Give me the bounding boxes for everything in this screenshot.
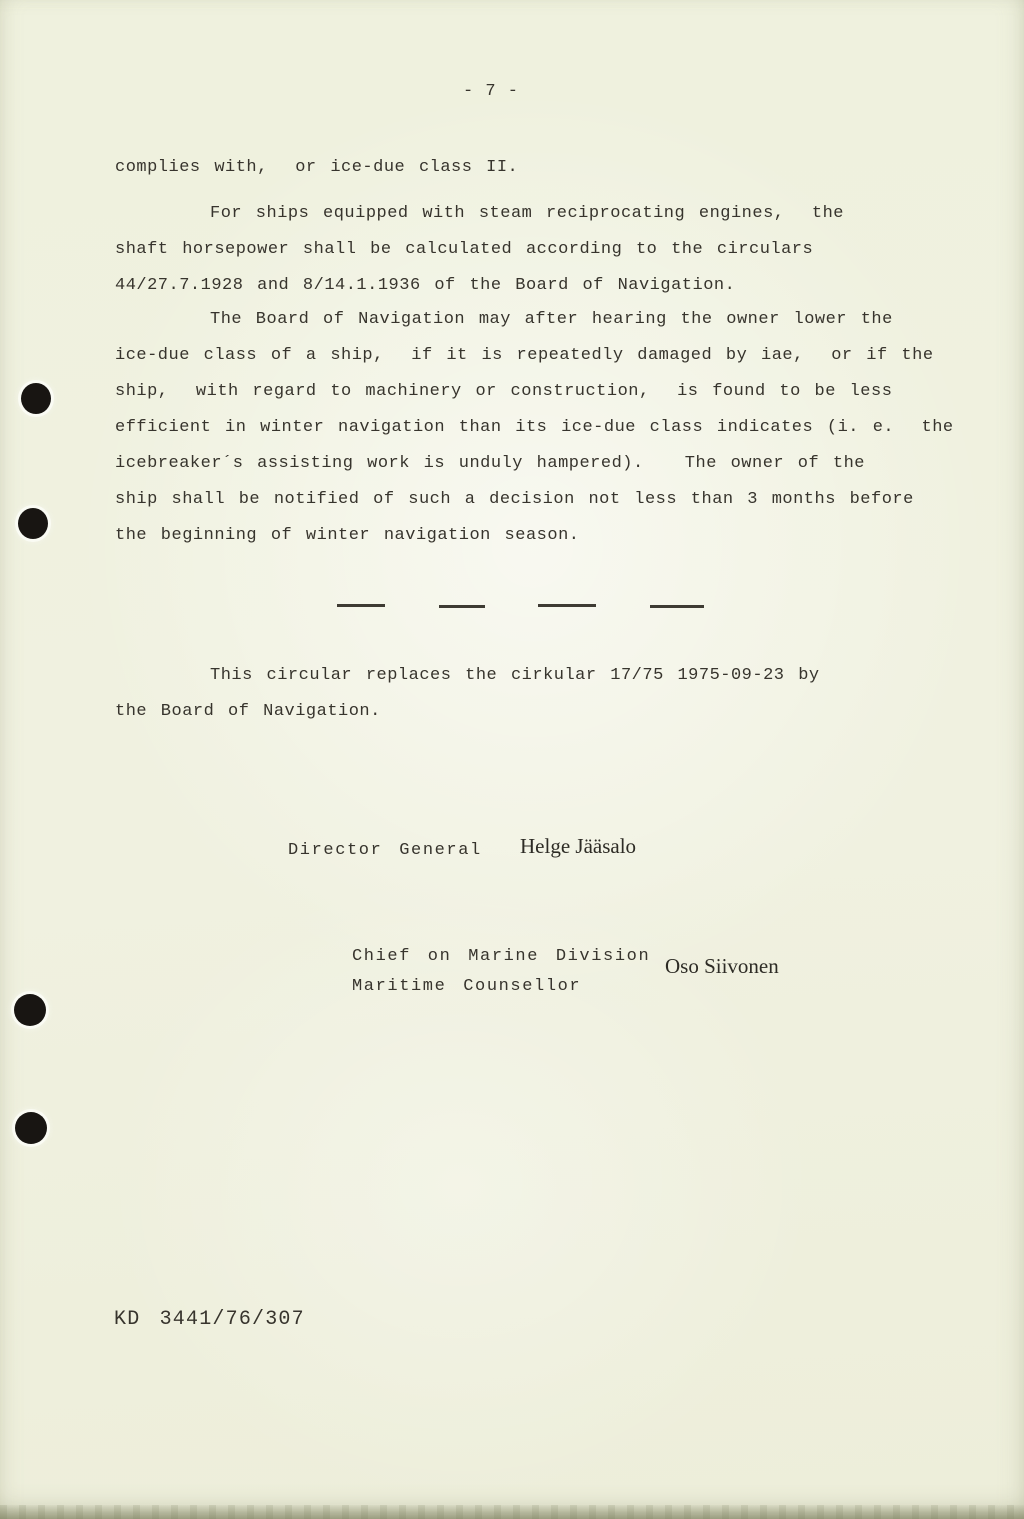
separator-dash	[538, 604, 596, 607]
text-line: ship, with regard to machinery or constr…	[115, 374, 945, 410]
section-separator	[337, 604, 704, 610]
paragraph: This circular replaces the cirkular 17/7…	[115, 658, 945, 730]
document-reference-number: KD 3441/76/307	[114, 1308, 305, 1331]
separator-dash	[650, 605, 704, 608]
signature-title: Chief on Marine Division	[352, 942, 650, 972]
text-line: ship shall be notified of such a decisio…	[115, 482, 945, 518]
punch-hole	[15, 1112, 47, 1144]
text-line: the beginning of winter navigation seaso…	[115, 518, 945, 554]
page-number: - 7 -	[391, 82, 591, 101]
text-line: For ships equipped with steam reciprocat…	[115, 196, 945, 232]
separator-dash	[337, 604, 385, 607]
paragraph: For ships equipped with steam reciprocat…	[115, 196, 945, 304]
signature-block-director-general: Director General Helge Jääsalo	[288, 836, 482, 866]
text-line: complies with, or ice-due class II.	[115, 150, 945, 186]
paragraph: The Board of Navigation may after hearin…	[115, 302, 945, 554]
text-line: efficient in winter navigation than its …	[115, 410, 945, 446]
page-bottom-edge	[0, 1505, 1024, 1519]
text-line: The Board of Navigation may after hearin…	[115, 302, 945, 338]
punch-hole	[14, 994, 46, 1026]
signature-title: Director General	[288, 836, 482, 866]
punch-hole	[18, 508, 48, 539]
text-line: This circular replaces the cirkular 17/7…	[115, 658, 945, 694]
text-line: ice-due class of a ship, if it is repeat…	[115, 338, 945, 374]
text-line: 44/27.7.1928 and 8/14.1.1936 of the Boar…	[115, 268, 945, 304]
text-line: shaft horsepower shall be calculated acc…	[115, 232, 945, 268]
paragraph: complies with, or ice-due class II.	[115, 150, 945, 186]
document-page: - 7 - complies with, or ice-due class II…	[0, 0, 1024, 1519]
punch-hole	[21, 383, 51, 414]
signatory-name: Helge Jääsalo	[520, 834, 636, 859]
text-line: the Board of Navigation.	[115, 694, 945, 730]
signature-title: Maritime Counsellor	[352, 972, 650, 1002]
text-line: icebreaker´s assisting work is unduly ha…	[115, 446, 945, 482]
signature-block-marine-division-chief: Chief on Marine Division Maritime Counse…	[352, 942, 650, 1002]
signatory-name: Oso Siivonen	[665, 954, 779, 979]
separator-dash	[439, 605, 485, 608]
